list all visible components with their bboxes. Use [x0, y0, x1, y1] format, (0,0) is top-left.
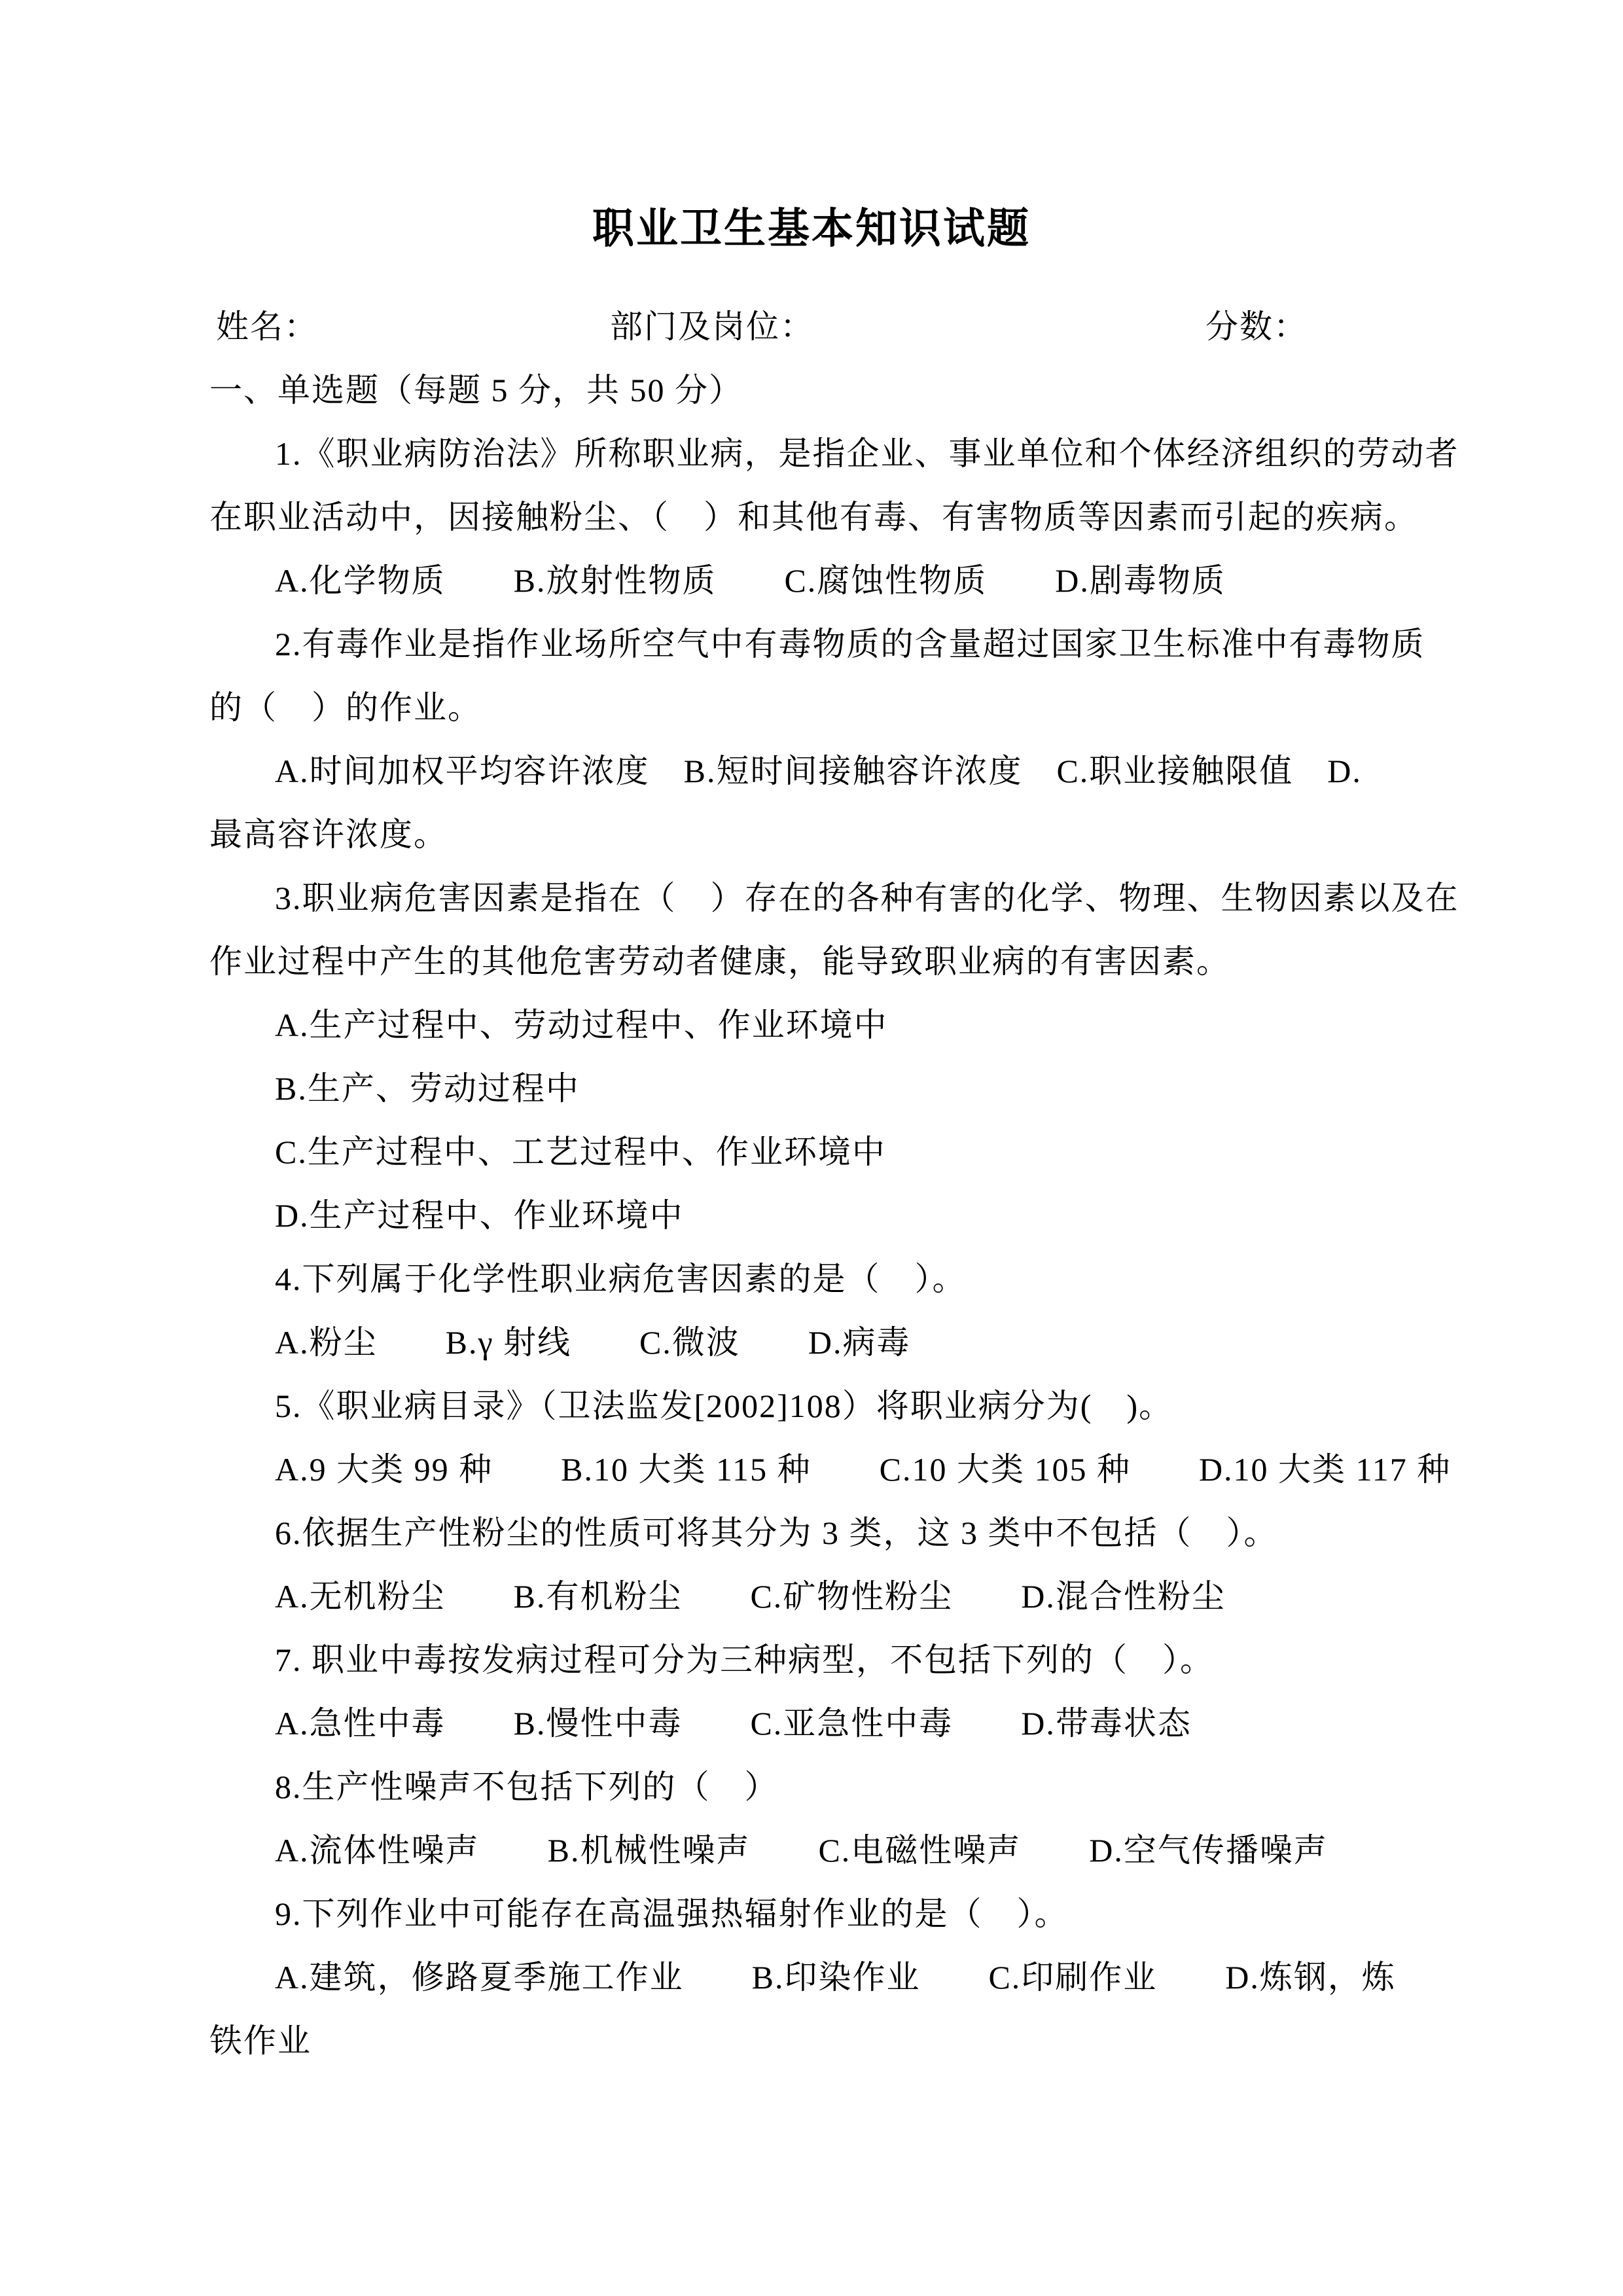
department-position-label: 部门及岗位： [610, 295, 814, 359]
question-3-options-line: C.生产过程中、工艺过程中、作业环境中 [209, 1121, 1429, 1184]
question-2-stem-line: 的（ ）的作业。 [209, 676, 1429, 740]
question-9-stem-line: 9.下列作业中可能存在高温强热辐射作业的是（ ）。 [209, 1882, 1429, 1946]
question-8-options-line: A.流体性噪声 B.机械性噪声 C.电磁性噪声 D.空气传播噪声 [209, 1819, 1429, 1882]
question-1-stem-line: 1.《职业病防治法》所称职业病，是指企业、事业单位和个体经济组织的劳动者 [209, 422, 1429, 486]
question-3-stem-line: 3.职业病危害因素是指在（ ）存在的各种有害的化学、物理、生物因素以及在 [209, 867, 1429, 930]
exam-document-page: 职业卫生基本知识试题 姓名： 部门及岗位： 分数： 一、单选题（每题 5 分，共… [0, 0, 1623, 2296]
question-7-options-line: A.急性中毒 B.慢性中毒 C.亚急性中毒 D.带毒状态 [209, 1692, 1429, 1755]
question-9-options-line: A.建筑，修路夏季施工作业 B.印染作业 C.印刷作业 D.炼钢，炼 [209, 1946, 1429, 2009]
question-2-options-line: A.时间加权平均容许浓度 B.短时间接触容许浓度 C.职业接触限值 D. [209, 740, 1429, 803]
question-2-options-line: 最高容许浓度。 [209, 803, 1429, 867]
body-lines: 姓名： 部门及岗位： 分数： 一、单选题（每题 5 分，共 50 分）1.《职业… [209, 295, 1429, 2073]
question-4-options-line: A.粉尘 B.γ 射线 C.微波 D.病毒 [209, 1311, 1429, 1374]
question-1-stem-line: 在职业活动中，因接触粉尘、（ ）和其他有毒、有害物质等因素而引起的疾病。 [209, 486, 1429, 549]
section-heading: 一、单选题（每题 5 分，共 50 分） [209, 359, 1429, 422]
question-3-options-line: D.生产过程中、作业环境中 [209, 1184, 1429, 1247]
header-row: 姓名： 部门及岗位： 分数： [209, 295, 1429, 359]
question-8-stem-line: 8.生产性噪声不包括下列的（ ） [209, 1755, 1429, 1819]
question-5-options-line: A.9 大类 99 种 B.10 大类 115 种 C.10 大类 105 种 … [209, 1438, 1429, 1501]
question-4-stem-line: 4.下列属于化学性职业病危害因素的是（ ）。 [209, 1247, 1429, 1311]
question-9-options-line: 铁作业 [209, 2009, 1429, 2073]
name-label: 姓名： [216, 295, 318, 359]
question-7-stem-line: 7. 职业中毒按发病过程可分为三种病型，不包括下列的（ ）。 [209, 1628, 1429, 1692]
question-3-stem-line: 作业过程中产生的其他危害劳动者健康，能导致职业病的有害因素。 [209, 930, 1429, 994]
question-6-stem-line: 6.依据生产性粉尘的性质可将其分为 3 类，这 3 类中不包括（ ）。 [209, 1501, 1429, 1565]
score-label: 分数： [1205, 295, 1308, 359]
question-2-stem-line: 2.有毒作业是指作业场所空气中有毒物质的含量超过国家卫生标准中有毒物质 [209, 613, 1429, 676]
question-3-options-line: B.生产、劳动过程中 [209, 1057, 1429, 1121]
question-6-options-line: A.无机粉尘 B.有机粉尘 C.矿物性粉尘 D.混合性粉尘 [209, 1565, 1429, 1628]
question-1-options-line: A.化学物质 B.放射性物质 C.腐蚀性物质 D.剧毒物质 [209, 549, 1429, 613]
question-3-options-line: A.生产过程中、劳动过程中、作业环境中 [209, 994, 1429, 1057]
question-5-stem-line: 5.《职业病目录》（卫法监发[2002]108）将职业病分为( )。 [209, 1374, 1429, 1438]
page-title: 职业卫生基本知识试题 [0, 196, 1623, 262]
